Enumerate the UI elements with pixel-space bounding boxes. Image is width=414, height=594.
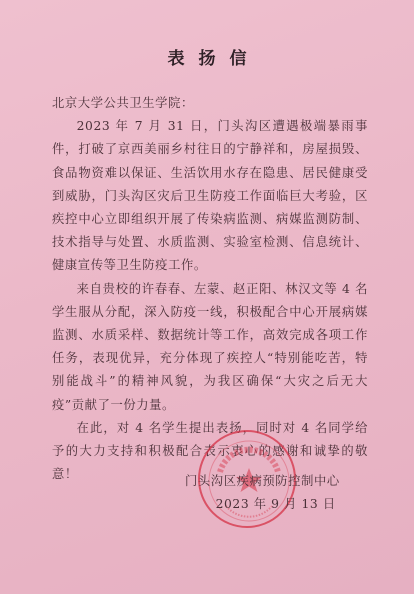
paragraph-event: 2023 年 7 月 31 日，门头沟区遭遇极端暴雨事件，打破了京西美丽乡村往日… <box>52 115 368 277</box>
letter-title: 表扬信 <box>0 44 414 69</box>
paragraph-students: 来自贵校的许春春、左蒙、赵正阳、林汉文等 4 名学生服从分配，深入防疫一线，积极… <box>52 278 368 417</box>
letter-page: 表扬信 北京大学公共卫生学院： 2023 年 7 月 31 日，门头沟区遭遇极端… <box>0 0 414 594</box>
salutation: 北京大学公共卫生学院： <box>52 92 368 115</box>
signature-block: 门头沟区疾病预防控制中心 2023 年 9 月 13 日 <box>185 470 340 516</box>
signature-date: 2023 年 9 月 13 日 <box>185 493 340 516</box>
letter-body: 北京大学公共卫生学院： 2023 年 7 月 31 日，门头沟区遭遇极端暴雨事件… <box>52 92 368 486</box>
signature-organization: 门头沟区疾病预防控制中心 <box>185 470 340 493</box>
